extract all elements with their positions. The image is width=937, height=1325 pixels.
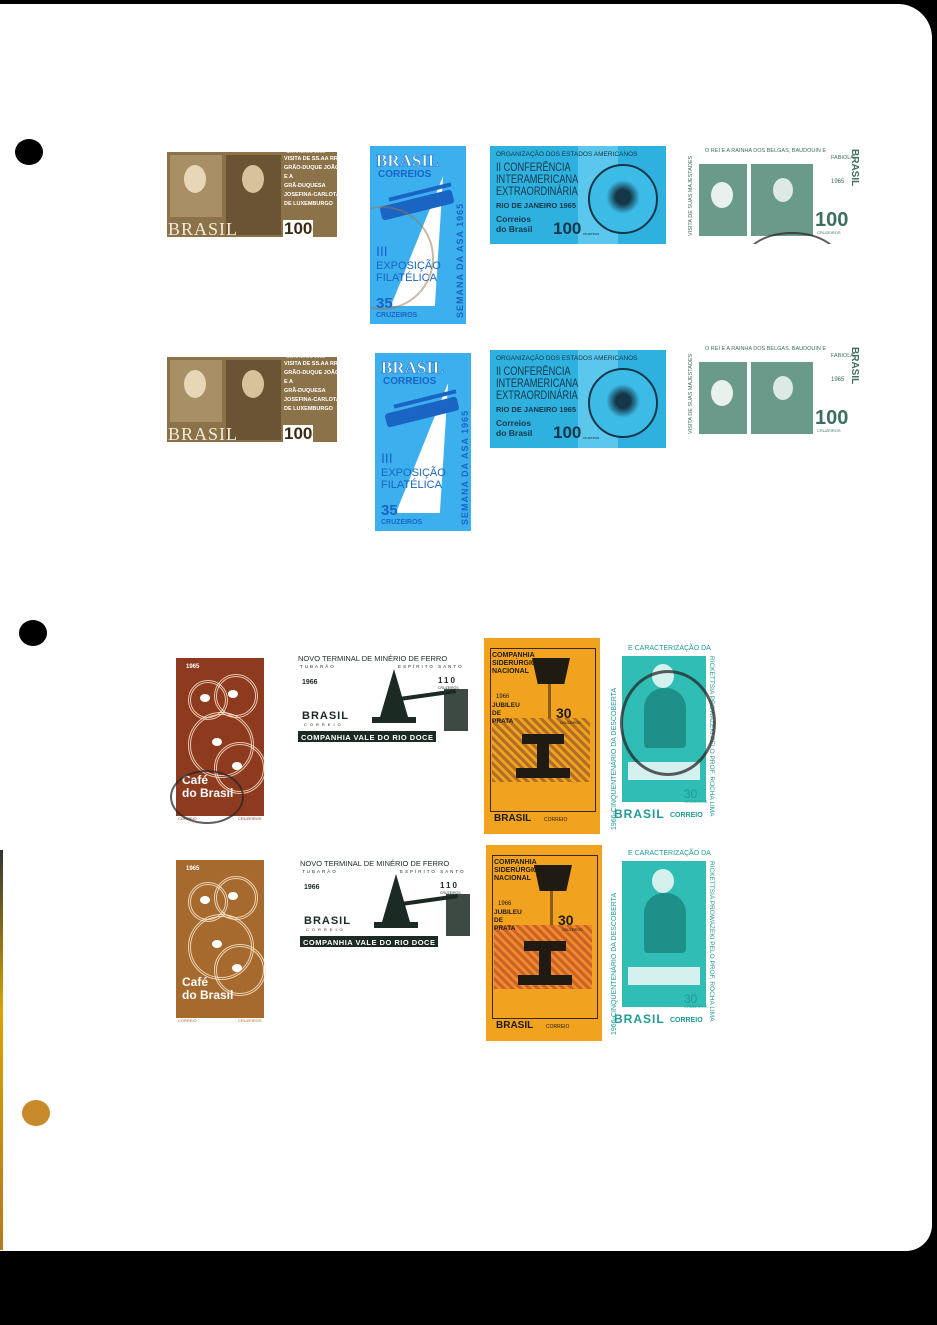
stamp-place: RIO DE JANEIRO 1965 xyxy=(496,202,576,210)
stamp-place-2: ESPÍRITO SANTO xyxy=(398,665,464,670)
binder-hole xyxy=(19,620,47,646)
stamp-currency: CRUZEIROS xyxy=(440,892,461,896)
binder-hole xyxy=(22,1100,50,1126)
stamp-year: 1966 xyxy=(304,884,320,891)
stamp-top-text: E CARACTERIZAÇÃO DA xyxy=(628,850,711,857)
stamp-title: EXPOSIÇÃO FILATÉLICA xyxy=(381,467,446,491)
stamp-semana-da-asa: BRASIL CORREIOS III EXPOSIÇÃO FILATÉLICA… xyxy=(375,353,471,531)
stamp-country: BRASIL xyxy=(168,425,238,443)
stamp-country: BRASIL xyxy=(849,149,859,186)
stamp-place-1: TUBARÃO xyxy=(302,870,338,875)
stamp-value: 100 xyxy=(815,210,848,230)
stamp-currency: CRUZEIROS xyxy=(310,228,334,232)
stamp-country: BRASIL xyxy=(178,1009,208,1017)
stamp-side-text: SEMANA DA ASA 1965 xyxy=(456,203,465,318)
stamp-year: 1965 xyxy=(186,664,199,670)
stamp-value: 100 xyxy=(283,220,313,237)
stamp-year: 1966 xyxy=(496,694,509,700)
stamp-value: 35 xyxy=(381,503,398,518)
stamp-title: NOVO TERMINAL DE MINÉRIO DE FERRO xyxy=(300,860,449,868)
stamp-country: BRASIL xyxy=(496,1021,533,1031)
stamp-currency: CRUZEIROS xyxy=(376,312,417,319)
page-edge xyxy=(0,850,3,1250)
stamp-side-text: VISITA DE SUAS MAJESTADES xyxy=(689,156,695,236)
stamp-year: 1966 xyxy=(302,679,318,686)
stamp-value: 30 xyxy=(558,913,574,927)
stamp-country: BRASIL xyxy=(614,1013,665,1025)
stamp-value: 100 xyxy=(283,425,313,442)
stamp-service: CORREIO xyxy=(670,1017,703,1024)
stamp-roman: III xyxy=(381,451,393,465)
stamp-country: BRASIL xyxy=(168,220,238,238)
stamp-currency: CRUZEIROS xyxy=(238,1019,262,1023)
stamp-service: CORREIO xyxy=(306,928,346,932)
stamp-value: 110 xyxy=(438,677,457,685)
stamp-belgian-royals: O REI E A RAINHA DOS BELGAS, BAUDOUIN E … xyxy=(685,144,865,244)
stamp-csn-jubileu: COMPANHIA SIDERÚRGICA NACIONAL 1966 JUBI… xyxy=(484,638,600,834)
binder-hole xyxy=(15,139,43,165)
stamp-org: ORGANIZAÇÃO DOS ESTADOS AMERICANOS xyxy=(496,356,637,363)
stamp-title: II CONFERÊNCIA INTERAMERICANA EXTRAORDIN… xyxy=(496,366,578,402)
stamp-service: CORREIOS xyxy=(383,377,436,387)
stamp-service: Correios do Brasil xyxy=(496,418,532,438)
stamp-country: BRASIL xyxy=(614,808,665,820)
stamp-company: COMPANHIA VALE DO RIO DOCE xyxy=(303,938,435,947)
stamp-title: II CONFERÊNCIA INTERAMERICANA EXTRAORDIN… xyxy=(496,162,578,198)
stamp-cafe-do-brasil: 1965 Café do Brasil BRASIL CORREIO 30 CR… xyxy=(166,852,270,1030)
stamp-csn-jubileu: COMPANHIA SIDERÚRGICA NACIONAL 1966 JUBI… xyxy=(486,845,602,1041)
stamp-top-text: O REI E A RAINHA DOS BELGAS, BAUDOUIN E xyxy=(705,149,826,155)
stamp-year: 1965 xyxy=(831,179,844,185)
stamp-place-2: ESPÍRITO SANTO xyxy=(400,870,466,875)
stamp-service: CORREIO xyxy=(546,1025,569,1030)
stamp-year: 1966 xyxy=(498,901,511,907)
stamp-org: ORGANIZAÇÃO DOS ESTADOS AMERICANOS xyxy=(496,152,637,159)
stamp-value: 100 xyxy=(815,408,848,428)
stamp-country: BRASIL xyxy=(849,347,859,384)
stamp-currency: CRUZEIROS xyxy=(438,687,459,691)
stamp-currency: cruzeiros xyxy=(583,232,599,236)
stamp-company: COMPANHIA SIDERÚRGICA NACIONAL xyxy=(494,859,543,883)
stamp-country: BRASIL xyxy=(494,814,531,824)
stamp-rocha-lima: E CARACTERIZAÇÃO DA 1966-CINQUENTENÁRIO … xyxy=(608,847,720,1039)
stamp-cafe-do-brasil: 1965 Café do Brasil BRASIL CORREIO 30 CR… xyxy=(166,650,270,828)
stamp-company: COMPANHIA SIDERÚRGICA NACIONAL xyxy=(492,652,541,676)
stamp-service: Correios do Brasil xyxy=(496,214,532,234)
stamp-currency: CRUZEIROS xyxy=(560,722,581,726)
stamp-inscription: VISITA DE SS.AA RR. GRÃO-DUQUE JOÃO E A … xyxy=(284,360,340,414)
stamp-country: BRASIL xyxy=(381,359,444,376)
stamp-value: 30 xyxy=(556,706,572,720)
stamp-title: NOVO TERMINAL DE MINÉRIO DE FERRO xyxy=(298,655,447,663)
stamp-oea-conference: ORGANIZAÇÃO DOS ESTADOS AMERICANOS II CO… xyxy=(490,350,666,448)
stamp-year: 1965 xyxy=(186,866,199,872)
stamp-service: CORREIO xyxy=(544,818,567,823)
stamp-right-text: RICKETTSIA PROWAZEKI PELO PROF. ROCHA LI… xyxy=(708,861,715,1022)
stamp-inscription: VISITA DE SS.AA RR. GRÃO-DUQUE JOÃO E A … xyxy=(284,155,340,209)
stamp-belgian-royals: O REI E A RAINHA DOS BELGAS, BAUDOUIN E … xyxy=(685,342,865,442)
stamp-currency: CRUZEIROS xyxy=(817,429,841,433)
stamp-currency: CRUZEIROS xyxy=(310,433,334,437)
stamp-currency: CRUZEIROS xyxy=(238,817,262,821)
stamp-side-text: VISITA DE SUAS MAJESTADES xyxy=(689,354,695,434)
stamp-country: BRASIL xyxy=(376,152,439,169)
stamp-currency: CRUZEIROS xyxy=(817,231,841,235)
stamp-place-1: TUBARÃO xyxy=(300,665,336,670)
stamp-title: JUBILEU DE PRATA xyxy=(494,909,522,933)
stamp-value: 30 xyxy=(238,1002,255,1017)
stamp-service: CORREIO xyxy=(670,812,703,819)
stamp-side-text: SEMANA DA ASA 1965 xyxy=(461,410,470,525)
stamp-value: 110 xyxy=(440,882,459,890)
stamp-currency: CRUZEIROS xyxy=(684,1005,708,1009)
stamp-country: BRASIL xyxy=(302,711,349,722)
stamp-currency: CRUZEIROS xyxy=(684,800,708,804)
stamp-top-text: O REI E A RAINHA DOS BELGAS, BAUDOUIN E xyxy=(705,347,826,353)
stamp-value: 100 xyxy=(553,424,581,441)
stamp-service: CORREIO xyxy=(178,1019,197,1023)
stamp-service: CORREIOS xyxy=(378,170,431,180)
stamp-top-text: E CARACTERIZAÇÃO DA xyxy=(628,645,711,652)
stamp-value: 100 xyxy=(553,220,581,237)
stamp-luxembourg: CORREIOS 1965 VISITA DE SS.AA RR. GRÃO-D… xyxy=(162,352,342,447)
stamp-semana-da-asa: BRASIL CORREIOS III EXPOSIÇÃO FILATÉLICA… xyxy=(370,146,466,324)
stamp-place: RIO DE JANEIRO 1965 xyxy=(496,406,576,414)
stamp-country: BRASIL xyxy=(304,916,351,927)
stamp-vale-rio-doce: NOVO TERMINAL DE MINÉRIO DE FERRO TUBARÃ… xyxy=(290,848,472,954)
stamp-oea-conference: ORGANIZAÇÃO DOS ESTADOS AMERICANOS II CO… xyxy=(490,146,666,244)
stamp-luxembourg: CORREIOS 1965 VISITA DE SS.AA RR. GRÃO-D… xyxy=(162,147,342,242)
stamp-title: Café do Brasil xyxy=(182,976,233,1002)
stamp-currency: CRUZEIROS xyxy=(381,519,422,526)
stamp-title: JUBILEU DE PRATA xyxy=(492,702,520,726)
stamp-year: 1965 xyxy=(831,377,844,383)
stamp-vale-rio-doce: NOVO TERMINAL DE MINÉRIO DE FERRO TUBARÃ… xyxy=(288,643,470,749)
stamp-rocha-lima: E CARACTERIZAÇÃO DA 1966-CINQUENTENÁRIO … xyxy=(608,642,720,834)
stamp-currency: cruzeiros xyxy=(583,436,599,440)
stamp-currency: CRUZEIROS xyxy=(562,929,583,933)
stamp-company: COMPANHIA VALE DO RIO DOCE xyxy=(301,733,433,742)
stamp-service: CORREIO xyxy=(304,723,344,727)
